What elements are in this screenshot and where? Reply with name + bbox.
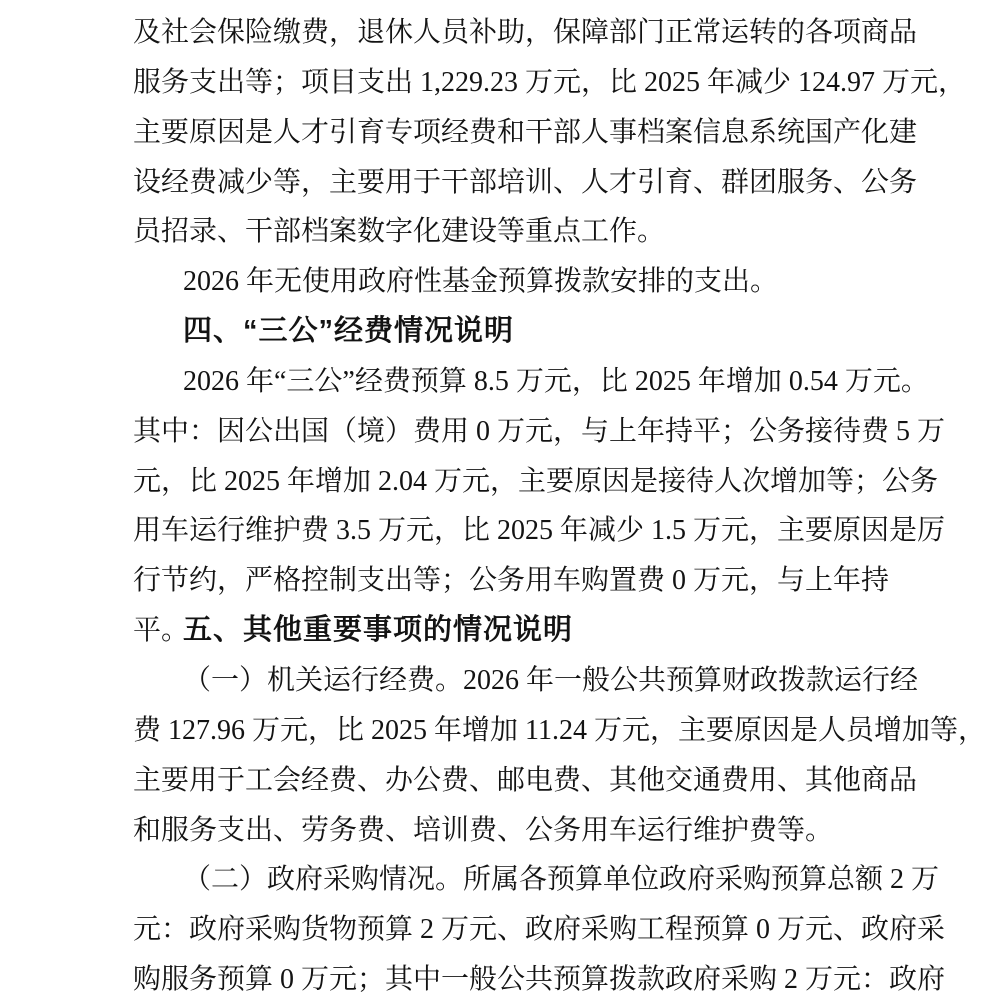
text-line: 用车运行维护费 3.5 万元，比 2025 年减少 1.5 万元，主要原因是厉 (133, 506, 890, 556)
text-line: 设经费减少等，主要用于干部培训、人才引育、群团服务、公务 (133, 158, 890, 208)
section-heading: 四、“三公”经费情况说明 (133, 307, 890, 357)
section-heading: 五、其他重要事项的情况说明 (133, 606, 890, 656)
text-line: 和服务支出、劳务费、培训费、公务用车运行维护费等。 (133, 806, 890, 856)
text-line: 行节约，严格控制支出等；公务用车购置费 0 万元，与上年持平。 (133, 556, 890, 606)
text-line: 2026 年“三公”经费预算 8.5 万元，比 2025 年增加 0.54 万元… (133, 357, 890, 407)
text-line: 购服务预算 0 万元；其中一般公共预算拨款政府采购 2 万元：政府 (133, 955, 890, 1003)
text-line: 服务支出等；项目支出 1,229.23 万元，比 2025 年减少 124.97… (133, 58, 890, 108)
document-page: 及社会保险缴费，退休人员补助，保障部门正常运转的各项商品 服务支出等；项目支出 … (0, 0, 1000, 1003)
text-line: 费 127.96 万元，比 2025 年增加 11.24 万元，主要原因是人员增… (133, 706, 890, 756)
text-line: 2026 年无使用政府性基金预算拨款安排的支出。 (133, 257, 890, 307)
text-line: 其中：因公出国（境）费用 0 万元，与上年持平；公务接待费 5 万 (133, 407, 890, 457)
text-line: 主要原因是人才引育专项经费和干部人事档案信息系统国产化建 (133, 108, 890, 158)
text-line: 元：政府采购货物预算 2 万元、政府采购工程预算 0 万元、政府采 (133, 905, 890, 955)
text-line: 员招录、干部档案数字化建设等重点工作。 (133, 207, 890, 257)
text-line: 及社会保险缴费，退休人员补助，保障部门正常运转的各项商品 (133, 8, 890, 58)
text-line: 主要用于工会经费、办公费、邮电费、其他交通费用、其他商品 (133, 756, 890, 806)
text-line: （一）机关运行经费。2026 年一般公共预算财政拨款运行经 (133, 656, 890, 706)
document-text-block: 及社会保险缴费，退休人员补助，保障部门正常运转的各项商品 服务支出等；项目支出 … (133, 0, 890, 1003)
text-line: （二）政府采购情况。所属各预算单位政府采购预算总额 2 万 (133, 855, 890, 905)
text-line: 元，比 2025 年增加 2.04 万元，主要原因是接待人次增加等；公务 (133, 457, 890, 507)
